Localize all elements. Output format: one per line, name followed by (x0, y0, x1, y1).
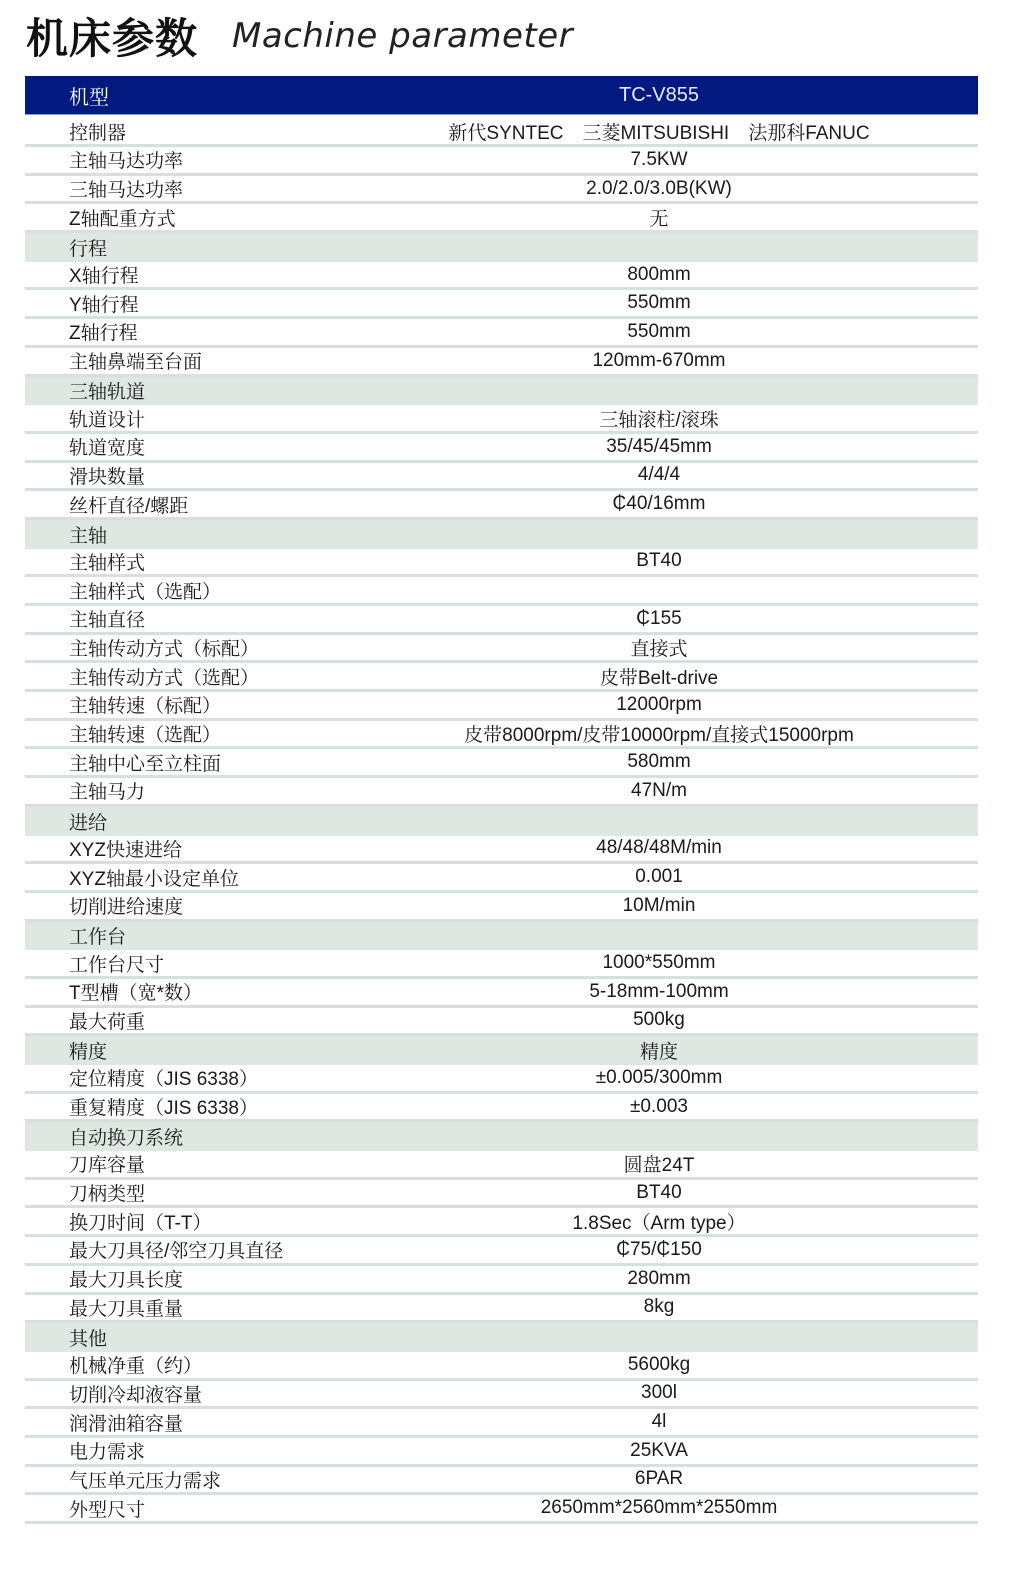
param-value: 35/45/45mm (341, 436, 977, 458)
param-value: 2650mm*2560mm*2550mm (341, 1497, 977, 1519)
table-row: 主轴传动方式（标配）直接式 (25, 635, 978, 664)
param-label: XYZ快速进给 (69, 835, 182, 862)
section-label: 进给 (69, 808, 107, 835)
param-value: 550mm (341, 292, 977, 314)
table-row: 三轴马达功率2.0/2.0/3.0B(KW) (25, 176, 978, 205)
param-value: 0.001 (341, 866, 977, 888)
table-row: 主轴马达功率7.5KW (25, 147, 978, 176)
param-value: ₵40/16mm (341, 493, 977, 515)
param-label: 主轴转速（选配） (69, 720, 221, 747)
table-row: 主轴传动方式（选配）皮带Belt-drive (25, 663, 978, 692)
table-row: Z轴配重方式无 (25, 204, 978, 233)
param-label: 定位精度（JIS 6338） (69, 1064, 258, 1091)
param-label: 电力需求 (69, 1437, 145, 1464)
param-value: ±0.003 (341, 1096, 977, 1118)
param-label: 轨道宽度 (69, 433, 145, 460)
param-label: 主轴样式（选配） (69, 577, 221, 604)
spec-table: 机型 TC-V855 控制器新代SYNTEC 三菱MITSUBISHI 法那科F… (25, 76, 978, 1524)
table-row: 工作台尺寸1000*550mm (25, 950, 978, 979)
table-row: 气压单元压力需求6PAR (25, 1467, 978, 1496)
param-label: 滑块数量 (69, 462, 145, 489)
param-value: 800mm (341, 264, 977, 286)
section-row: 其他 (25, 1323, 978, 1352)
param-value: 圆盘24T (341, 1150, 977, 1177)
page-title-en: Machine parameter (232, 16, 573, 56)
param-value: 4l (341, 1411, 977, 1433)
param-value: 1000*550mm (341, 952, 977, 974)
param-label: T型槽（宽*数） (69, 978, 202, 1005)
section-label: 三轴轨道 (69, 377, 145, 404)
param-label: Z轴行程 (69, 318, 138, 345)
param-label: Z轴配重方式 (69, 204, 176, 231)
param-label: 主轴传动方式（标配） (69, 634, 259, 661)
param-value: 无 (341, 204, 977, 231)
param-value: 12000rpm (341, 694, 977, 716)
param-label: 润滑油箱容量 (69, 1409, 183, 1436)
param-label: 主轴样式 (69, 548, 145, 575)
param-value: 550mm (341, 321, 977, 343)
section-label: 工作台 (69, 922, 126, 949)
param-value: 5-18mm-100mm (341, 981, 977, 1003)
param-label: 工作台尺寸 (69, 950, 164, 977)
section-label: 自动换刀系统 (69, 1123, 183, 1150)
table-row: 最大刀具长度280mm (25, 1266, 978, 1295)
param-value: 300l (341, 1382, 977, 1404)
param-label: 主轴转速（标配） (69, 691, 221, 718)
table-row: 主轴鼻端至台面120mm-670mm (25, 348, 978, 377)
header-model-value: TC-V855 (341, 84, 977, 107)
param-label: 切削进给速度 (69, 892, 183, 919)
table-row: 主轴样式（选配） (25, 577, 978, 606)
param-value: 新代SYNTEC 三菱MITSUBISHI 法那科FANUC (341, 118, 977, 145)
param-value: 7.5KW (341, 149, 977, 171)
param-value: 6PAR (341, 1468, 977, 1490)
section-row: 行程 (25, 233, 978, 262)
table-row: 主轴转速（标配）12000rpm (25, 692, 978, 721)
table-row: 切削冷却液容量300l (25, 1381, 978, 1410)
table-row: 主轴样式BT40 (25, 549, 978, 578)
table-row: 机械净重（约）5600kg (25, 1352, 978, 1381)
header-label: 机型 (69, 81, 109, 110)
param-value: 三轴滚柱/滚珠 (341, 405, 977, 432)
param-label: 主轴中心至立柱面 (69, 749, 221, 776)
table-row: 主轴转速（选配）皮带8000rpm/皮带10000rpm/直接式15000rpm (25, 721, 978, 750)
param-label: 主轴传动方式（选配） (69, 663, 259, 690)
section-row: 进给 (25, 807, 978, 836)
param-value: 4/4/4 (341, 464, 977, 486)
param-label: 控制器 (69, 118, 126, 145)
param-label: X轴行程 (69, 261, 139, 288)
param-label: 最大刀具重量 (69, 1294, 183, 1321)
table-row: 滑块数量4/4/4 (25, 463, 978, 492)
section-label: 其他 (69, 1324, 107, 1351)
param-label: 轨道设计 (69, 405, 145, 432)
table-row: 外型尺寸2650mm*2560mm*2550mm (25, 1495, 978, 1524)
param-value: BT40 (341, 550, 977, 572)
page-title: 机床参数 Machine parameter (26, 8, 573, 64)
param-value: ±0.005/300mm (341, 1067, 977, 1089)
param-label: 重复精度（JIS 6338） (69, 1093, 258, 1120)
section-label: 精度 (69, 1037, 107, 1064)
param-label: 切削冷却液容量 (69, 1380, 202, 1407)
table-row: 轨道设计三轴滚柱/滚珠 (25, 405, 978, 434)
param-label: 最大刀具径/邻空刀具直径 (69, 1236, 283, 1263)
table-row: 重复精度（JIS 6338）±0.003 (25, 1094, 978, 1123)
section-row: 自动换刀系统 (25, 1122, 978, 1151)
table-row: Z轴行程550mm (25, 319, 978, 348)
param-value: BT40 (341, 1182, 977, 1204)
param-value: 1.8Sec（Arm type） (341, 1208, 977, 1235)
param-value: 10M/min (341, 895, 977, 917)
param-label: 外型尺寸 (69, 1495, 145, 1522)
param-value: 精度 (341, 1037, 977, 1064)
param-value: 48/48/48M/min (341, 837, 977, 859)
section-row: 精度精度 (25, 1036, 978, 1065)
section-row: 主轴 (25, 520, 978, 549)
param-label: 主轴直径 (69, 605, 145, 632)
param-value: 5600kg (341, 1354, 977, 1376)
param-label: 三轴马达功率 (69, 175, 183, 202)
table-row: X轴行程800mm (25, 262, 978, 291)
param-value: 580mm (341, 751, 977, 773)
table-row: 最大荷重500kg (25, 1008, 978, 1037)
param-label: 最大荷重 (69, 1007, 145, 1034)
table-row: 刀柄类型BT40 (25, 1180, 978, 1209)
table-row: 润滑油箱容量4l (25, 1409, 978, 1438)
table-row: 换刀时间（T-T）1.8Sec（Arm type） (25, 1208, 978, 1237)
param-label: 主轴鼻端至台面 (69, 347, 202, 374)
table-row: XYZ快速进给48/48/48M/min (25, 836, 978, 865)
param-value: 直接式 (341, 634, 977, 661)
table-row: XYZ轴最小设定单位0.001 (25, 864, 978, 893)
table-row: 主轴马力47N/m (25, 778, 978, 807)
param-value: ₵75/₵150 (341, 1239, 977, 1261)
section-row: 三轴轨道 (25, 377, 978, 406)
table-row: 丝杆直径/螺距₵40/16mm (25, 491, 978, 520)
section-label: 行程 (69, 234, 107, 261)
table-row: 电力需求25KVA (25, 1438, 978, 1467)
page-title-cn: 机床参数 (26, 6, 198, 66)
table-header-row: 机型 TC-V855 (25, 76, 978, 115)
table-row: 刀库容量圆盘24T (25, 1151, 978, 1180)
param-label: 换刀时间（T-T） (69, 1208, 212, 1235)
table-row: 切削进给速度10M/min (25, 893, 978, 922)
param-label: 机械净重（约） (69, 1351, 202, 1378)
table-row: T型槽（宽*数）5-18mm-100mm (25, 979, 978, 1008)
table-row: 主轴中心至立柱面580mm (25, 749, 978, 778)
table-row: 定位精度（JIS 6338）±0.005/300mm (25, 1065, 978, 1094)
param-value: 8kg (341, 1296, 977, 1318)
param-label: 主轴马力 (69, 777, 145, 804)
table-row: 控制器新代SYNTEC 三菱MITSUBISHI 法那科FANUC (25, 115, 978, 147)
param-value: 500kg (341, 1009, 977, 1031)
section-row: 工作台 (25, 922, 978, 951)
table-row: Y轴行程550mm (25, 290, 978, 319)
param-value: 皮带Belt-drive (341, 663, 977, 690)
param-value: 120mm-670mm (341, 350, 977, 372)
param-value: ₵155 (341, 608, 977, 630)
table-row: 最大刀具径/邻空刀具直径₵75/₵150 (25, 1237, 978, 1266)
param-label: 刀库容量 (69, 1150, 145, 1177)
param-label: 丝杆直径/螺距 (69, 491, 188, 518)
table-row: 主轴直径₵155 (25, 606, 978, 635)
param-value: 280mm (341, 1268, 977, 1290)
param-value: 47N/m (341, 780, 977, 802)
param-label: 主轴马达功率 (69, 146, 183, 173)
param-label: Y轴行程 (69, 290, 139, 317)
param-label: 最大刀具长度 (69, 1265, 183, 1292)
param-label: 气压单元压力需求 (69, 1466, 221, 1493)
section-label: 主轴 (69, 521, 107, 548)
table-row: 最大刀具重量8kg (25, 1295, 978, 1324)
param-label: 刀柄类型 (69, 1179, 145, 1206)
param-value: 皮带8000rpm/皮带10000rpm/直接式15000rpm (341, 720, 977, 747)
param-value: 25KVA (341, 1440, 977, 1462)
param-label: XYZ轴最小设定单位 (69, 864, 239, 891)
table-row: 轨道宽度35/45/45mm (25, 434, 978, 463)
param-value: 2.0/2.0/3.0B(KW) (341, 178, 977, 200)
